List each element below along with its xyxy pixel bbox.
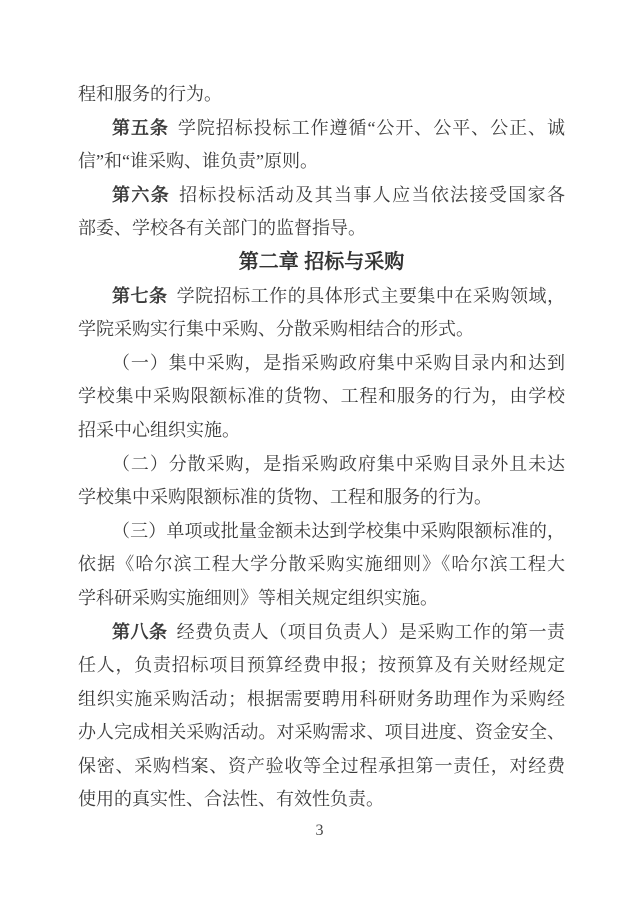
text-line: 办人完成相关采购活动。对采购需求、项目进度、资金安全、 bbox=[78, 716, 565, 750]
line-text: 学院招标工作的具体形式主要集中在采购领域， bbox=[177, 286, 565, 306]
line-text: 依据《哈尔滨工程大学分散采购实施细则》《哈尔滨工程大 bbox=[78, 554, 565, 574]
line-text: （一）集中采购，是指采购政府集中采购目录内和达到 bbox=[112, 353, 565, 373]
article-number: 第五条 bbox=[112, 118, 169, 138]
text-line: 使用的真实性、合法性、有效性负责。 bbox=[78, 783, 565, 817]
line-text: 信”和“谁采购、谁负责”原则。 bbox=[78, 151, 318, 171]
text-line: 学院采购实行集中采购、分散采购相结合的形式。 bbox=[78, 313, 565, 347]
chapter-heading-text: 第二章 招标与采购 bbox=[239, 251, 405, 273]
line-text: 经费负责人（项目负责人）是采购工作的第一责 bbox=[177, 622, 565, 642]
line-text: （三）单项或批量金额未达到学校集中采购限额标准的， bbox=[112, 521, 565, 541]
article-number: 第八条 bbox=[112, 622, 168, 642]
line-text: 招标投标活动及其当事人应当依法接受国家各 bbox=[179, 185, 565, 205]
text-line: 学校集中采购限额标准的货物、工程和服务的行为。 bbox=[78, 481, 565, 515]
line-text: 程和服务的行为。 bbox=[78, 84, 222, 104]
text-line: （二）分散采购，是指采购政府集中采购目录外且未达 bbox=[78, 448, 565, 482]
text-line: 部委、学校各有关部门的监督指导。 bbox=[78, 212, 565, 246]
text-line: 第八条经费负责人（项目负责人）是采购工作的第一责 bbox=[78, 616, 565, 650]
text-line: （一）集中采购，是指采购政府集中采购目录内和达到 bbox=[78, 347, 565, 381]
text-line: 第五条学院招标投标工作遵循“公开、公平、公正、诚 bbox=[78, 112, 565, 146]
line-text: 学院采购实行集中采购、分散采购相结合的形式。 bbox=[78, 319, 474, 339]
line-text: 招采中心组织实施。 bbox=[78, 420, 240, 440]
document-page: 程和服务的行为。第五条学院招标投标工作遵循“公开、公平、公正、诚信”和“谁采购、… bbox=[0, 0, 639, 904]
text-line: 信”和“谁采购、谁负责”原则。 bbox=[78, 145, 565, 179]
text-line: （三）单项或批量金额未达到学校集中采购限额标准的， bbox=[78, 515, 565, 549]
line-text: 学院招标投标工作遵循“公开、公平、公正、诚 bbox=[178, 118, 565, 138]
text-line: 第七条学院招标工作的具体形式主要集中在采购领域， bbox=[78, 280, 565, 314]
article-number: 第七条 bbox=[112, 286, 168, 306]
line-text: 任人，负责招标项目预算经费申报；按预算及有关财经规定 bbox=[78, 655, 565, 675]
line-text: 学校集中采购限额标准的货物、工程和服务的行为。 bbox=[78, 487, 492, 507]
article-number: 第六条 bbox=[112, 185, 170, 205]
chapter-heading: 第二章 招标与采购 bbox=[78, 246, 565, 280]
line-text: 部委、学校各有关部门的监督指导。 bbox=[78, 218, 366, 238]
text-line: 保密、采购档案、资产验收等全过程承担第一责任，对经费 bbox=[78, 750, 565, 784]
text-line: 程和服务的行为。 bbox=[78, 78, 565, 112]
text-line: 招采中心组织实施。 bbox=[78, 414, 565, 448]
line-text: 保密、采购档案、资产验收等全过程承担第一责任，对经费 bbox=[78, 756, 565, 776]
text-block: 程和服务的行为。第五条学院招标投标工作遵循“公开、公平、公正、诚信”和“谁采购、… bbox=[78, 78, 565, 817]
text-line: 依据《哈尔滨工程大学分散采购实施细则》《哈尔滨工程大 bbox=[78, 548, 565, 582]
line-text: （二）分散采购，是指采购政府集中采购目录外且未达 bbox=[112, 454, 565, 474]
text-line: 任人，负责招标项目预算经费申报；按预算及有关财经规定 bbox=[78, 649, 565, 683]
line-text: 学科研采购实施细则》等相关规定组织实施。 bbox=[78, 588, 438, 608]
text-line: 学科研采购实施细则》等相关规定组织实施。 bbox=[78, 582, 565, 616]
text-line: 第六条招标投标活动及其当事人应当依法接受国家各 bbox=[78, 179, 565, 213]
line-text: 办人完成相关采购活动。对采购需求、项目进度、资金安全、 bbox=[78, 722, 565, 742]
line-text: 使用的真实性、合法性、有效性负责。 bbox=[78, 789, 384, 809]
line-text: 学校集中采购限额标准的货物、工程和服务的行为，由学校 bbox=[78, 386, 565, 406]
text-line: 组织实施采购活动；根据需要聘用科研财务助理作为采购经 bbox=[78, 683, 565, 717]
page-number: 3 bbox=[0, 822, 639, 840]
line-text: 组织实施采购活动；根据需要聘用科研财务助理作为采购经 bbox=[78, 689, 565, 709]
text-line: 学校集中采购限额标准的货物、工程和服务的行为，由学校 bbox=[78, 380, 565, 414]
